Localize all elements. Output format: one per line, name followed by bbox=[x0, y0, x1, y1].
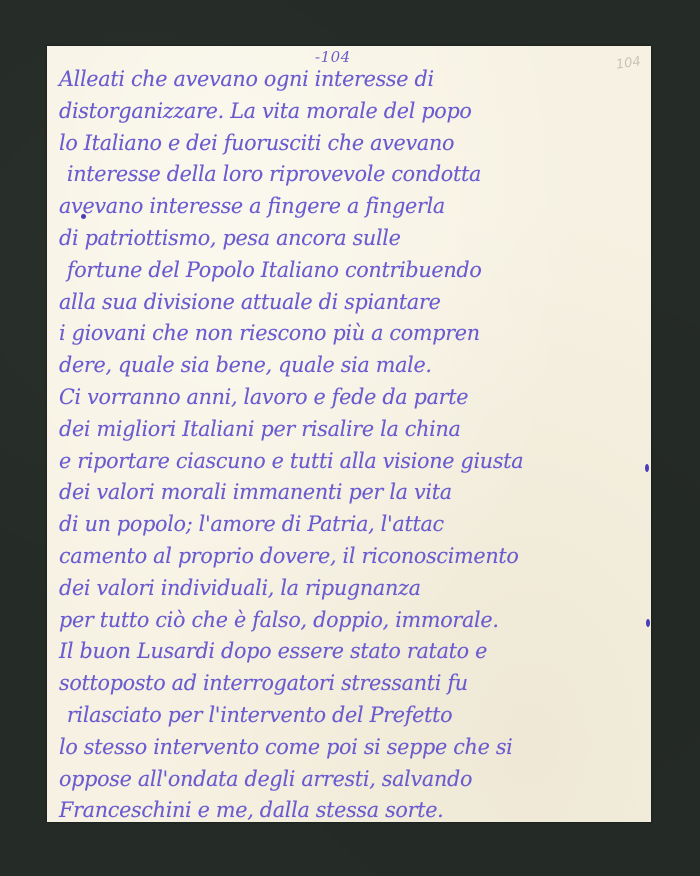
text-line-15: di un popolo; l'amore di Patria, l'attac bbox=[59, 509, 629, 541]
document-page: -104 104 Alleati che avevano ogni intere… bbox=[47, 46, 651, 822]
text-line-5: avevano interesse a fingere a fingerla bbox=[59, 191, 629, 223]
text-line-9: i giovani che non riescono più a compren bbox=[59, 318, 629, 350]
text-line-21: rilasciato per l'intervento del Prefetto bbox=[59, 700, 629, 732]
text-line-12: dei migliori Italiani per risalire la ch… bbox=[59, 414, 629, 446]
ink-blot bbox=[645, 464, 649, 472]
text-line-23: oppose all'ondata degli arresti, salvand… bbox=[59, 764, 629, 796]
text-line-14: dei valori morali immanenti per la vita bbox=[59, 477, 629, 509]
text-line-1: Alleati che avevano ogni interesse di bbox=[59, 64, 629, 96]
ink-blot bbox=[646, 619, 650, 627]
text-line-17: dei valori individuali, la ripugnanza bbox=[59, 573, 629, 605]
text-line-6: di patriottismo, pesa ancora sulle bbox=[59, 223, 629, 255]
text-line-22: lo stesso intervento come poi si seppe c… bbox=[59, 732, 629, 764]
text-line-24: Franceschini e me, dalla stessa sorte. bbox=[59, 795, 629, 827]
handwritten-text: Alleati che avevano ogni interesse di di… bbox=[59, 64, 637, 827]
text-line-4: interesse della loro riprovevole condott… bbox=[59, 159, 629, 191]
text-line-2: distorganizzare. La vita morale del popo bbox=[59, 96, 629, 128]
text-line-11: Ci vorranno anni, lavoro e fede da parte bbox=[59, 382, 629, 414]
text-line-10: dere, quale sia bene, quale sia male. bbox=[59, 350, 629, 382]
text-line-20: sottoposto ad interrogatori stressanti f… bbox=[59, 668, 629, 700]
text-line-7: fortune del Popolo Italiano contribuendo bbox=[59, 255, 629, 287]
text-line-16: camento al proprio dovere, il riconoscim… bbox=[59, 541, 629, 573]
ink-blot bbox=[81, 214, 86, 219]
text-line-8: alla sua divisione attuale di spiantare bbox=[59, 287, 629, 319]
text-line-3: lo Italiano e dei fuorusciti che avevano bbox=[59, 128, 629, 160]
text-line-18: per tutto ciò che è falso, doppio, immor… bbox=[59, 605, 629, 637]
text-line-13: e riportare ciascuno e tutti alla vision… bbox=[59, 446, 629, 478]
text-line-19: Il buon Lusardi dopo essere stato ratato… bbox=[59, 636, 629, 668]
